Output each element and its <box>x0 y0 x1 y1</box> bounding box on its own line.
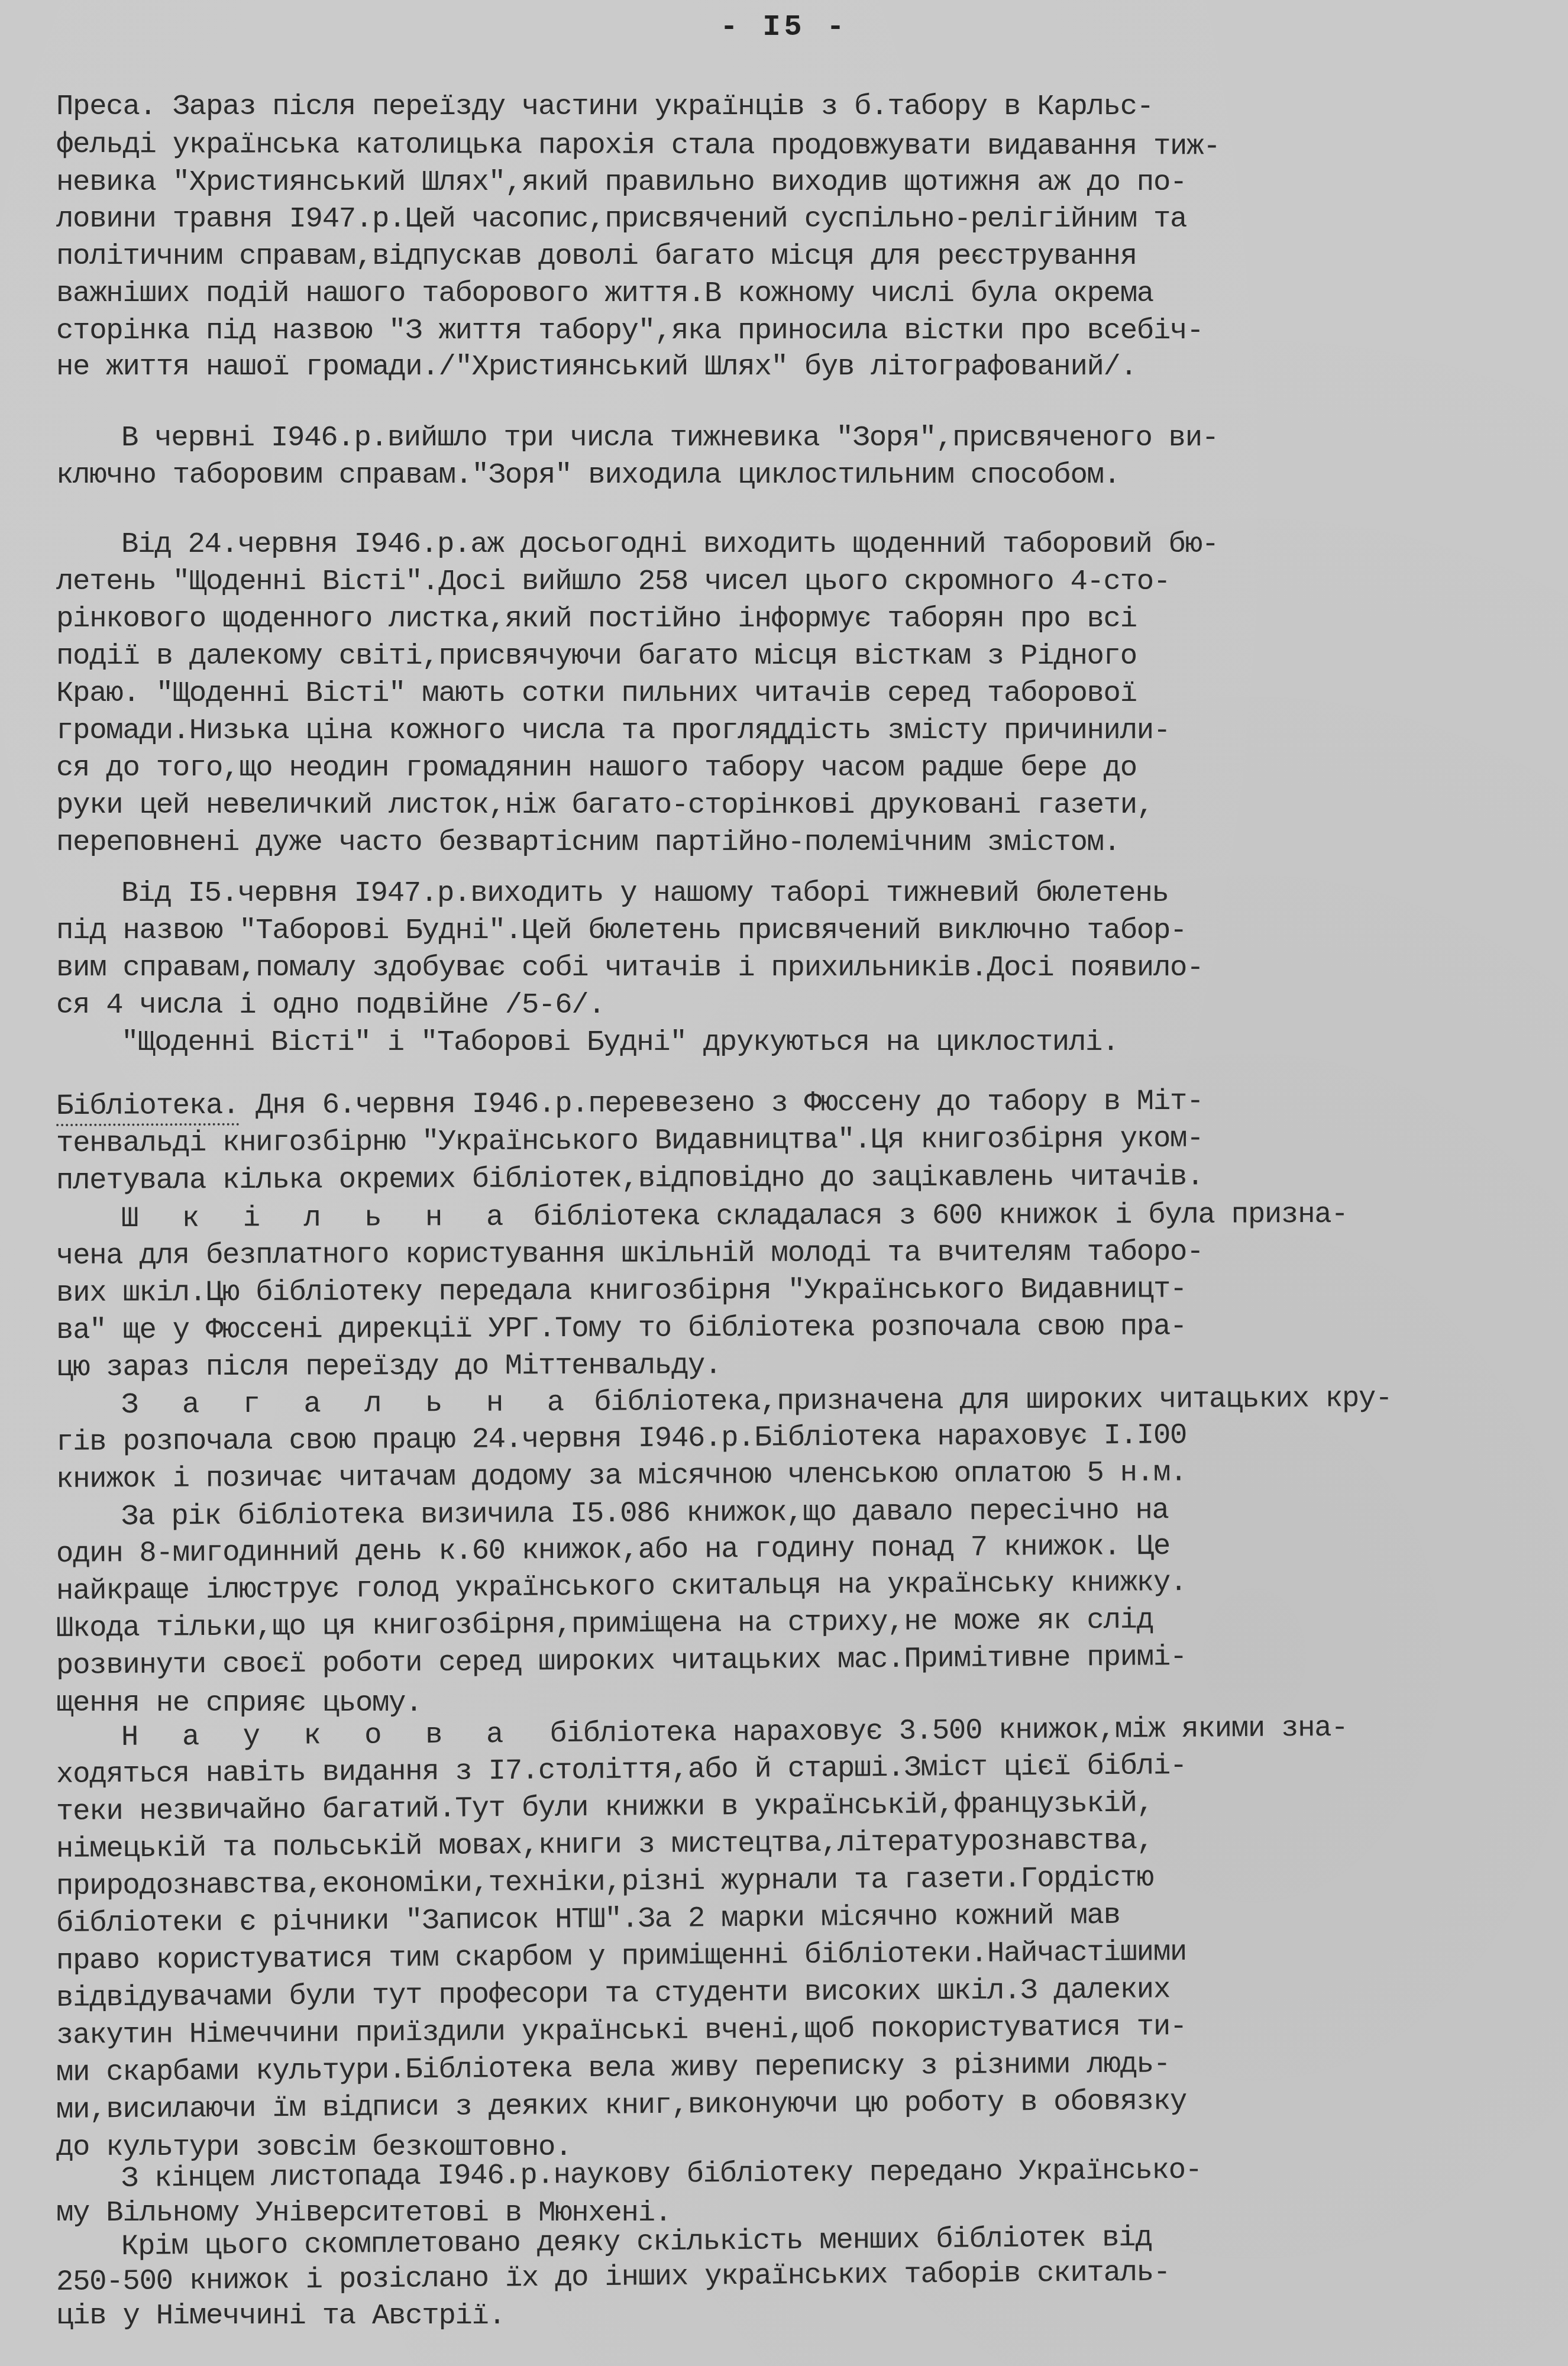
text-line: Від I5.червня I947.р.виходить у нашому т… <box>121 875 1169 911</box>
text-line: політичним справам,відпускав доволі бага… <box>56 238 1137 274</box>
text-line: вим справам,помалу здобуває собі читачів… <box>56 950 1203 985</box>
library-type-scientific: Н а у к о в а <box>121 1718 517 1754</box>
text-line: найкраще ілюструє голод українського ски… <box>56 1565 1187 1609</box>
text-line: ми скарбами культури.Бібліотека вела жив… <box>56 2046 1170 2090</box>
text-line: тенвальді книгозбірню "Українського Вида… <box>56 1121 1203 1161</box>
text-line: один 8-мигодинний день к.60 книжок,або н… <box>56 1528 1170 1572</box>
section-heading-press: Преса. <box>56 90 156 123</box>
text-line: право користуватися тим скарбом у приміщ… <box>56 1934 1187 1979</box>
text-line: гів розпочала свою працю 24.червня I946.… <box>56 1417 1186 1460</box>
section-heading-library: Бібліотека. <box>56 1089 239 1126</box>
text-line: Бібліотека. Дня 6.червня I946.р.перевезе… <box>56 1084 1203 1124</box>
text-line: В червні I946.р.вийшло три числа тижневи… <box>121 420 1218 455</box>
text-line: щення не сприяє цьому. <box>56 1685 422 1721</box>
text-line: німецькій та польській мовах,книги з мис… <box>56 1822 1153 1867</box>
text-line: важніших подій нашого таборового життя.В… <box>56 276 1153 311</box>
text-line: Преса. Зараз після переїзду частини укра… <box>56 89 1153 124</box>
text-line: Від 24.червня I946.р.аж досьогодні виход… <box>121 526 1218 562</box>
text-line: вих шкіл.Цю бібліотеку передала книгозбі… <box>56 1271 1186 1311</box>
text-line: природознавства,економіки,техніки,різні … <box>56 1860 1153 1904</box>
text-line: Ш к і л ь н а бібліотека складалася з 60… <box>121 1197 1348 1236</box>
text-line: За рік бібліотека визичила I5.086 книжок… <box>121 1492 1169 1534</box>
text-line: розвинути своєї роботи серед широких чит… <box>56 1639 1187 1683</box>
document-page: - I5 - Преса. Зараз після переїзду части… <box>0 0 1568 2366</box>
text-line: ся до того,що неодин громадянин нашого т… <box>56 750 1137 786</box>
text-line: події в далекому світі,присвячуючи багат… <box>56 638 1137 674</box>
text-line: теки незвичайно багатий.Тут були книжки … <box>56 1785 1153 1830</box>
text-line: ходяться навіть видання з I7.століття,аб… <box>56 1748 1187 1792</box>
text-line: фельді українська католицька парохія ста… <box>56 127 1220 164</box>
text-line: відвідувачами були тут професори та студ… <box>56 1971 1170 2016</box>
library-type-general: З а г а л ь н а <box>121 1386 577 1421</box>
text-line: плетувала кілька окремих бібліотек,відпо… <box>56 1159 1203 1198</box>
text-line: ва" ще у Фюссені дирекції УРГ.Тому то бі… <box>56 1308 1186 1348</box>
text-line: руки цей невеличкий листок,ніж багато-ст… <box>56 787 1153 823</box>
text-line: бібліотеки є річники "Записок НТШ".За 2 … <box>56 1898 1120 1941</box>
text-line: сторінка під назвою "З життя табору",яка… <box>56 313 1203 348</box>
text-line: чена для безплатного користування шкільн… <box>56 1234 1203 1273</box>
text-line: З а г а л ь н а бібліотека,призначена дл… <box>121 1381 1392 1423</box>
text-line: невика "Християнський Шлях",який правиль… <box>56 164 1186 200</box>
text-line: ловини травня I947.р.Цей часопис,присвяч… <box>56 201 1186 237</box>
text-line: під назвою "Таборові Будні".Цей бюлетень… <box>56 913 1186 948</box>
text-line: книжок і позичає читачам додому за місяч… <box>56 1454 1186 1497</box>
library-type-school: Ш к і л ь н а <box>121 1201 516 1235</box>
page-number: - I5 - <box>0 11 1568 44</box>
text-line: летень "Щоденні Вісті".Досі вийшло 258 ч… <box>56 564 1170 599</box>
text-line: закутин Німеччини приїздили українські в… <box>56 2009 1187 2053</box>
text-line: громади.Низька ціна кожного числа та про… <box>56 713 1170 748</box>
text-line: не життя нашої громади./"Християнський Ш… <box>56 349 1137 384</box>
text-line: ців у Німеччині та Австрії. <box>56 2298 505 2333</box>
text-line: ми,висилаючи їм відписи з деяких книг,ви… <box>56 2083 1187 2128</box>
text-line: ся 4 числа і одно подвійне /5-6/. <box>56 987 604 1023</box>
text-line: Краю. "Щоденні Вісті" мають сотки пильни… <box>56 675 1137 711</box>
text-line: "Щоденні Вісті" і "Таборові Будні" друку… <box>121 1024 1118 1060</box>
text-line: Шкода тільки,що ця книгозбірня,приміщена… <box>56 1602 1153 1646</box>
text-line: ключно таборовим справам."Зоря" виходила… <box>56 457 1120 493</box>
text-line: рінкового щоденного листка,який постійно… <box>56 601 1137 636</box>
text-line: переповнені дуже часто безвартісним парт… <box>56 825 1120 860</box>
text-line: цю зараз після переїзду до Міттенвальду. <box>56 1347 721 1385</box>
